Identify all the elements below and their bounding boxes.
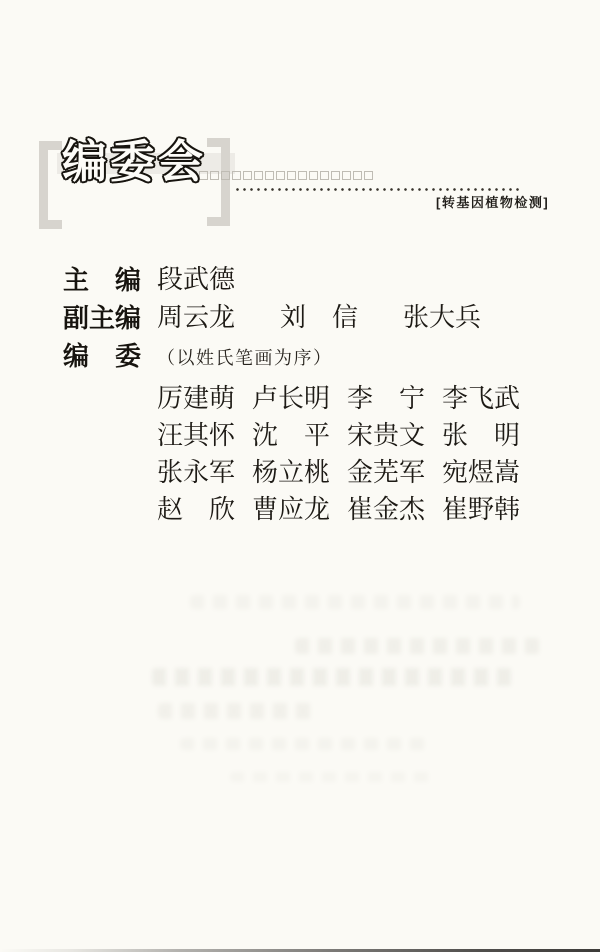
bleedthrough-smudge (158, 703, 318, 719)
person-name: 崔金杰 (347, 496, 425, 523)
chief-editor-row: 主 编 段武德 (63, 265, 235, 295)
left-bracket-graphic (39, 141, 62, 229)
person-name: 张永军 (157, 459, 235, 486)
square-decoration (364, 171, 373, 180)
committee-row: 赵 欣 曹应龙 崔金杰 崔野韩 (157, 496, 537, 523)
square-decoration (276, 171, 285, 180)
bleedthrough-smudge (152, 668, 512, 686)
person-name: 金芜军 (347, 459, 425, 486)
person-name: 宋贵文 (347, 422, 425, 449)
committee-row: 厉建萌 卢长明 李 宁 李飞武 (157, 385, 537, 412)
book-page: 编委会 [转基因植物检测] 主 编 段武德 副主编 周云龙 刘 信 张大兵 编 … (0, 0, 600, 952)
person-name: 沈 平 (252, 422, 330, 449)
person-name: 宛煜嵩 (442, 459, 520, 486)
bleedthrough-smudge (180, 738, 430, 750)
series-label: [转基因植物检测] (436, 192, 549, 211)
person-name: 张 明 (442, 422, 520, 449)
person-name: 卢长明 (252, 385, 330, 412)
committee-member-grid: 厉建萌 卢长明 李 宁 李飞武 汪其怀 沈 平 宋贵文 张 明 张永军 杨立桃 … (157, 385, 537, 533)
person-name: 段武德 (157, 265, 235, 295)
person-name: 刘 信 (280, 303, 358, 333)
square-decoration (287, 171, 296, 180)
square-decoration (320, 171, 329, 180)
committee-row: 汪其怀 沈 平 宋贵文 张 明 (157, 422, 537, 449)
square-decoration (254, 171, 263, 180)
chief-editor-label: 主 编 (63, 265, 157, 295)
square-decoration (309, 171, 318, 180)
deputy-editor-names: 周云龙 刘 信 张大兵 (157, 303, 481, 333)
person-name: 杨立桃 (252, 459, 330, 486)
editorial-board-row: 编 委 （以姓氏笔画为序） (63, 341, 333, 373)
deputy-editor-label: 副主编 (63, 303, 157, 333)
dotted-line-decoration (236, 188, 523, 191)
person-name: 赵 欣 (157, 496, 235, 523)
chief-editor-names: 段武德 (157, 265, 235, 295)
square-decoration (221, 171, 230, 180)
bleedthrough-smudge (295, 638, 540, 654)
person-name: 李 宁 (347, 385, 425, 412)
person-name: 曹应龙 (252, 496, 330, 523)
square-decoration (243, 171, 252, 180)
square-decoration (298, 171, 307, 180)
square-decoration (232, 171, 241, 180)
person-name: 汪其怀 (157, 422, 235, 449)
person-name: 周云龙 (157, 303, 235, 333)
person-name: 崔野韩 (442, 496, 520, 523)
square-decoration (331, 171, 340, 180)
person-name: 厉建萌 (157, 385, 235, 412)
person-name: 张大兵 (403, 303, 481, 333)
squares-decoration-row (188, 171, 375, 182)
square-decoration (210, 171, 219, 180)
bleedthrough-smudge (190, 595, 520, 609)
bleedthrough-smudge (230, 772, 430, 782)
square-decoration (265, 171, 274, 180)
deputy-editor-row: 副主编 周云龙 刘 信 张大兵 (63, 303, 481, 333)
page-title: 编委会 (62, 136, 206, 188)
sort-order-note: （以姓氏笔画为序） (157, 341, 333, 373)
person-name: 李飞武 (442, 385, 520, 412)
editorial-board-label: 编 委 (63, 341, 157, 371)
committee-row: 张永军 杨立桃 金芜军 宛煜嵩 (157, 459, 537, 486)
square-decoration (342, 171, 351, 180)
square-decoration (353, 171, 362, 180)
